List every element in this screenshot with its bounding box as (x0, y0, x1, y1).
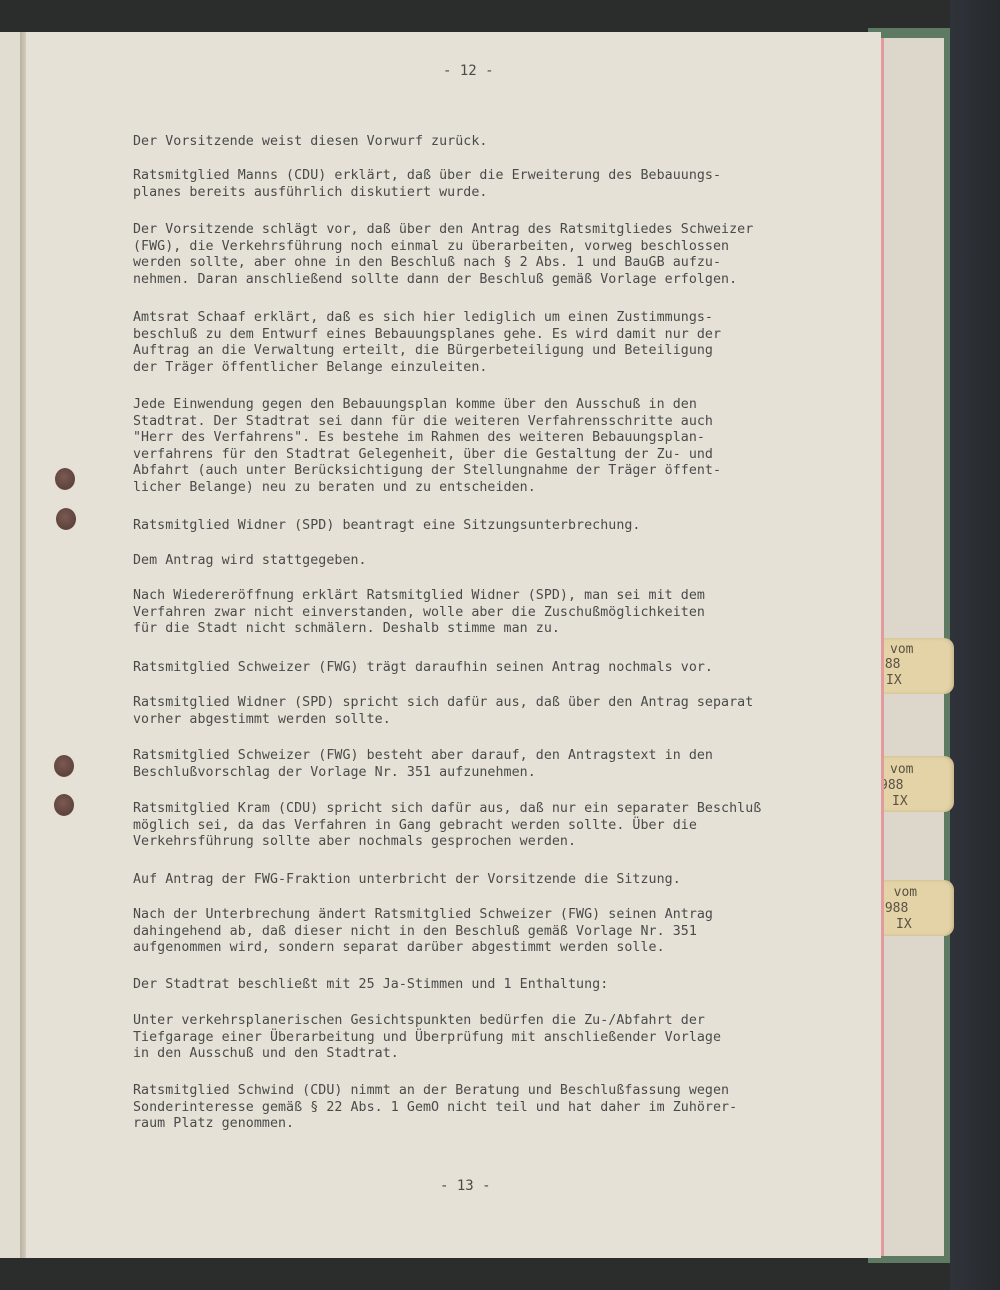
index-tab-line: IX (892, 794, 908, 809)
binder-cover (950, 0, 1000, 1290)
scanned-binder-page: vom 988 IX vom 988 IX | vom .988 IX - 12… (0, 0, 1000, 1290)
paragraph: Ratsmitglied Widner (SPD) beantragt eine… (133, 518, 641, 535)
paragraph: Auf Antrag der FWG-Fraktion unterbricht … (133, 872, 681, 889)
paragraph: Ratsmitglied Kram (CDU) spricht sich daf… (133, 801, 761, 851)
paragraph: Ratsmitglied Schweizer (FWG) besteht abe… (133, 748, 713, 781)
paragraph: Der Vorsitzende schlägt vor, daß über de… (133, 222, 753, 288)
paragraph: Unter verkehrsplanerischen Gesichtspunkt… (133, 1013, 721, 1063)
page-number-footer: - 13 - (440, 1178, 491, 1194)
page-edge (881, 38, 884, 1256)
paragraph: Ratsmitglied Widner (SPD) spricht sich d… (133, 695, 753, 728)
index-tab[interactable]: | vom .988 IX (872, 880, 954, 936)
paragraph: Ratsmitglied Schweizer (FWG) trägt darau… (133, 660, 713, 677)
punch-hole (56, 508, 76, 530)
paragraph: Amtsrat Schaaf erklärt, daß es sich hier… (133, 310, 721, 376)
index-tab[interactable]: vom 988 IX (872, 756, 954, 812)
paragraph: Ratsmitglied Schwind (CDU) nimmt an der … (133, 1083, 737, 1133)
punch-hole (54, 755, 74, 777)
index-tab-line: IX (886, 673, 902, 688)
punch-hole (55, 468, 75, 490)
document-body: Der Vorsitzende weist diesen Vorwurf zur… (133, 0, 833, 315)
punch-hole (54, 794, 74, 816)
paragraph: Dem Antrag wird stattgegeben. (133, 553, 367, 570)
paragraph: Der Vorsitzende weist diesen Vorwurf zur… (133, 134, 487, 151)
paragraph: Der Stadtrat beschließt mit 25 Ja-Stimme… (133, 977, 608, 994)
paragraph: Nach der Unterbrechung ändert Ratsmitgli… (133, 907, 713, 957)
index-tab-line: vom (890, 762, 913, 777)
index-tab-line: IX (896, 917, 912, 932)
paragraph: Nach Wiedereröffnung erklärt Ratsmitglie… (133, 588, 705, 638)
previous-page-edge (0, 32, 22, 1258)
paragraph: Ratsmitglied Manns (CDU) erklärt, daß üb… (133, 168, 721, 201)
paragraph: Jede Einwendung gegen den Bebauungsplan … (133, 397, 721, 497)
index-tab[interactable]: vom 988 IX (872, 638, 954, 694)
index-tab-line: vom (890, 642, 913, 657)
